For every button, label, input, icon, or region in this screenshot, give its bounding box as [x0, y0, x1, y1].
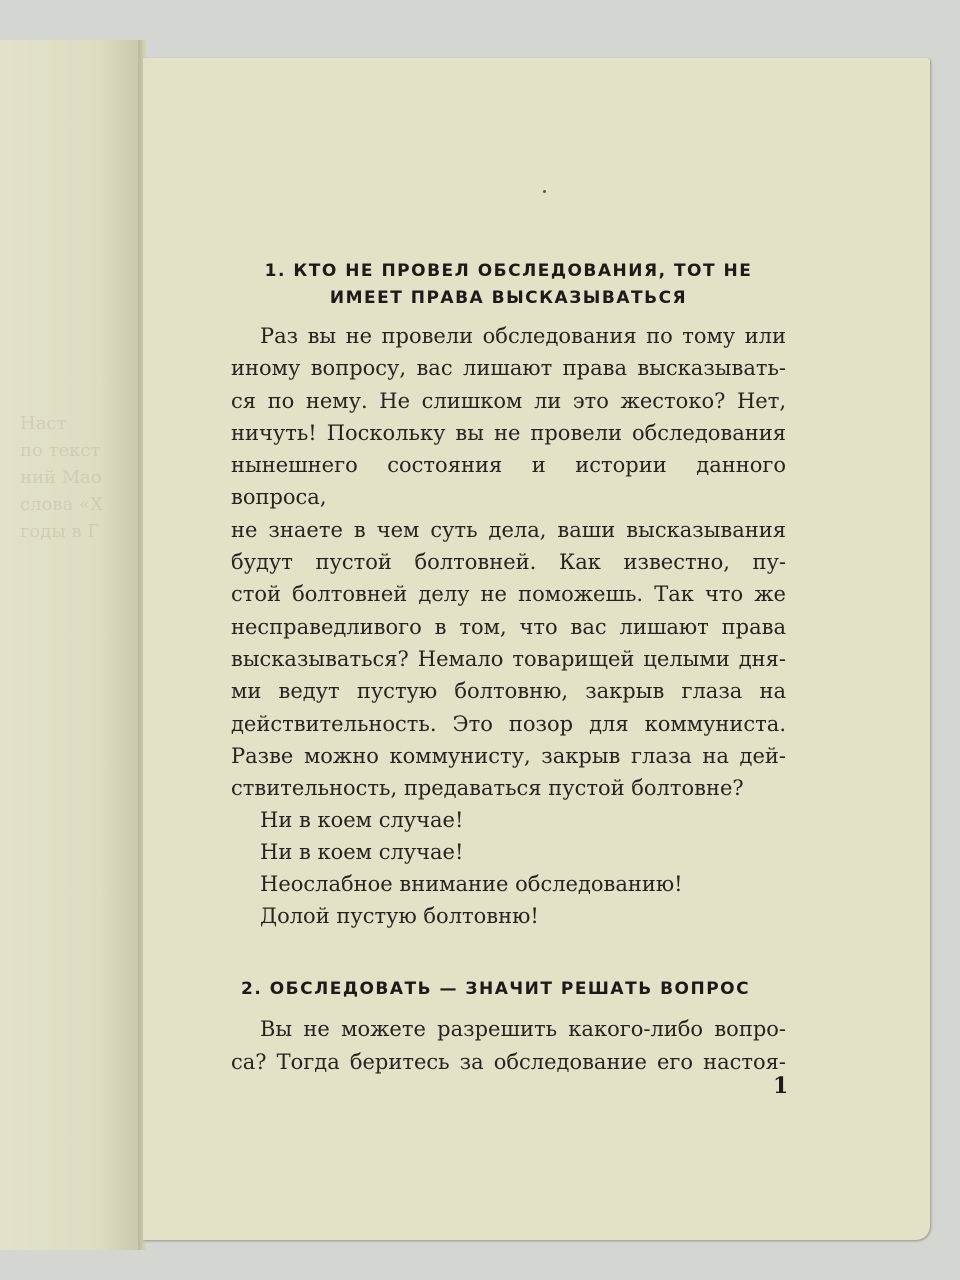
slogans-list: Ни в коем случае! Ни в коем случае! Неос…: [231, 804, 786, 932]
text-line: Вы не можете разрешить какого-либо вопро…: [231, 1013, 786, 1045]
section-2-paragraph: Вы не можете разрешить какого-либо вопро…: [231, 1013, 786, 1078]
ghost-line: годы в Г: [20, 518, 103, 545]
left-page-bleed-text: Наст по текст ний Мао слова «Х годы в Г: [20, 410, 103, 545]
ghost-line: слова «Х: [20, 491, 103, 518]
slogan-line: Неослабное внимание обследованию!: [260, 868, 786, 900]
text-line: ничуть! Поскольку вы не провели обследов…: [231, 417, 786, 449]
text-line: Разве можно коммунисту, закрыв глаза на …: [231, 740, 786, 772]
right-page: 1. КТО НЕ ПРОВЕЛ ОБСЛЕДОВАНИЯ, ТОТ НЕ ИМ…: [143, 58, 930, 1240]
text-line: ствительность, предаваться пустой болтов…: [231, 772, 786, 804]
slogan-line: Ни в коем случае!: [260, 836, 786, 868]
text-line: нынешнего состояния и истории данного во…: [231, 449, 786, 514]
page-content: 1. КТО НЕ ПРОВЕЛ ОБСЛЕДОВАНИЯ, ТОТ НЕ ИМ…: [231, 258, 786, 1078]
text-line: будут пустой болтовней. Как известно, пу…: [231, 546, 786, 578]
section-1-paragraph: Раз вы не провели обследования по тому и…: [231, 320, 786, 804]
text-line: не знаете в чем суть дела, ваши высказыв…: [231, 514, 786, 546]
slogan-line: Ни в коем случае!: [260, 804, 786, 836]
page-number: 1: [773, 1073, 788, 1099]
page-speck: [543, 190, 546, 193]
heading-line: 1. КТО НЕ ПРОВЕЛ ОБСЛЕДОВАНИЯ, ТОТ НЕ: [231, 258, 786, 285]
slogan-line: Долой пустую болтовню!: [260, 900, 786, 932]
section-1-heading: 1. КТО НЕ ПРОВЕЛ ОБСЛЕДОВАНИЯ, ТОТ НЕ ИМ…: [231, 258, 786, 312]
ghost-line: по текст: [20, 437, 103, 464]
text-line: несправедливого в том, что вас лишают пр…: [231, 611, 786, 643]
left-page: Наст по текст ний Мао слова «Х годы в Г: [0, 40, 140, 1250]
ghost-line: ний Мао: [20, 464, 103, 491]
text-line: са? Тогда беритесь за обследование его н…: [231, 1046, 786, 1078]
heading-line: ИМЕЕТ ПРАВА ВЫСКАЗЫВАТЬСЯ: [231, 285, 786, 312]
text-line: иному вопросу, вас лишают права высказыв…: [231, 352, 786, 384]
text-line: стой болтовней делу не поможешь. Так что…: [231, 578, 786, 610]
section-2-heading: 2. ОБСЛЕДОВАТЬ — ЗНАЧИТ РЕШАТЬ ВОПРОС: [231, 976, 786, 1003]
text-line: ми ведут пустую болтовню, закрыв глаза н…: [231, 675, 786, 707]
text-line: действительность. Это позор для коммунис…: [231, 708, 786, 740]
text-line: Раз вы не провели обследования по тому и…: [231, 320, 786, 352]
ghost-line: Наст: [20, 410, 103, 437]
text-line: высказываться? Немало товарищей целыми д…: [231, 643, 786, 675]
text-line: ся по нему. Не слишком ли это жестоко? Н…: [231, 385, 786, 417]
